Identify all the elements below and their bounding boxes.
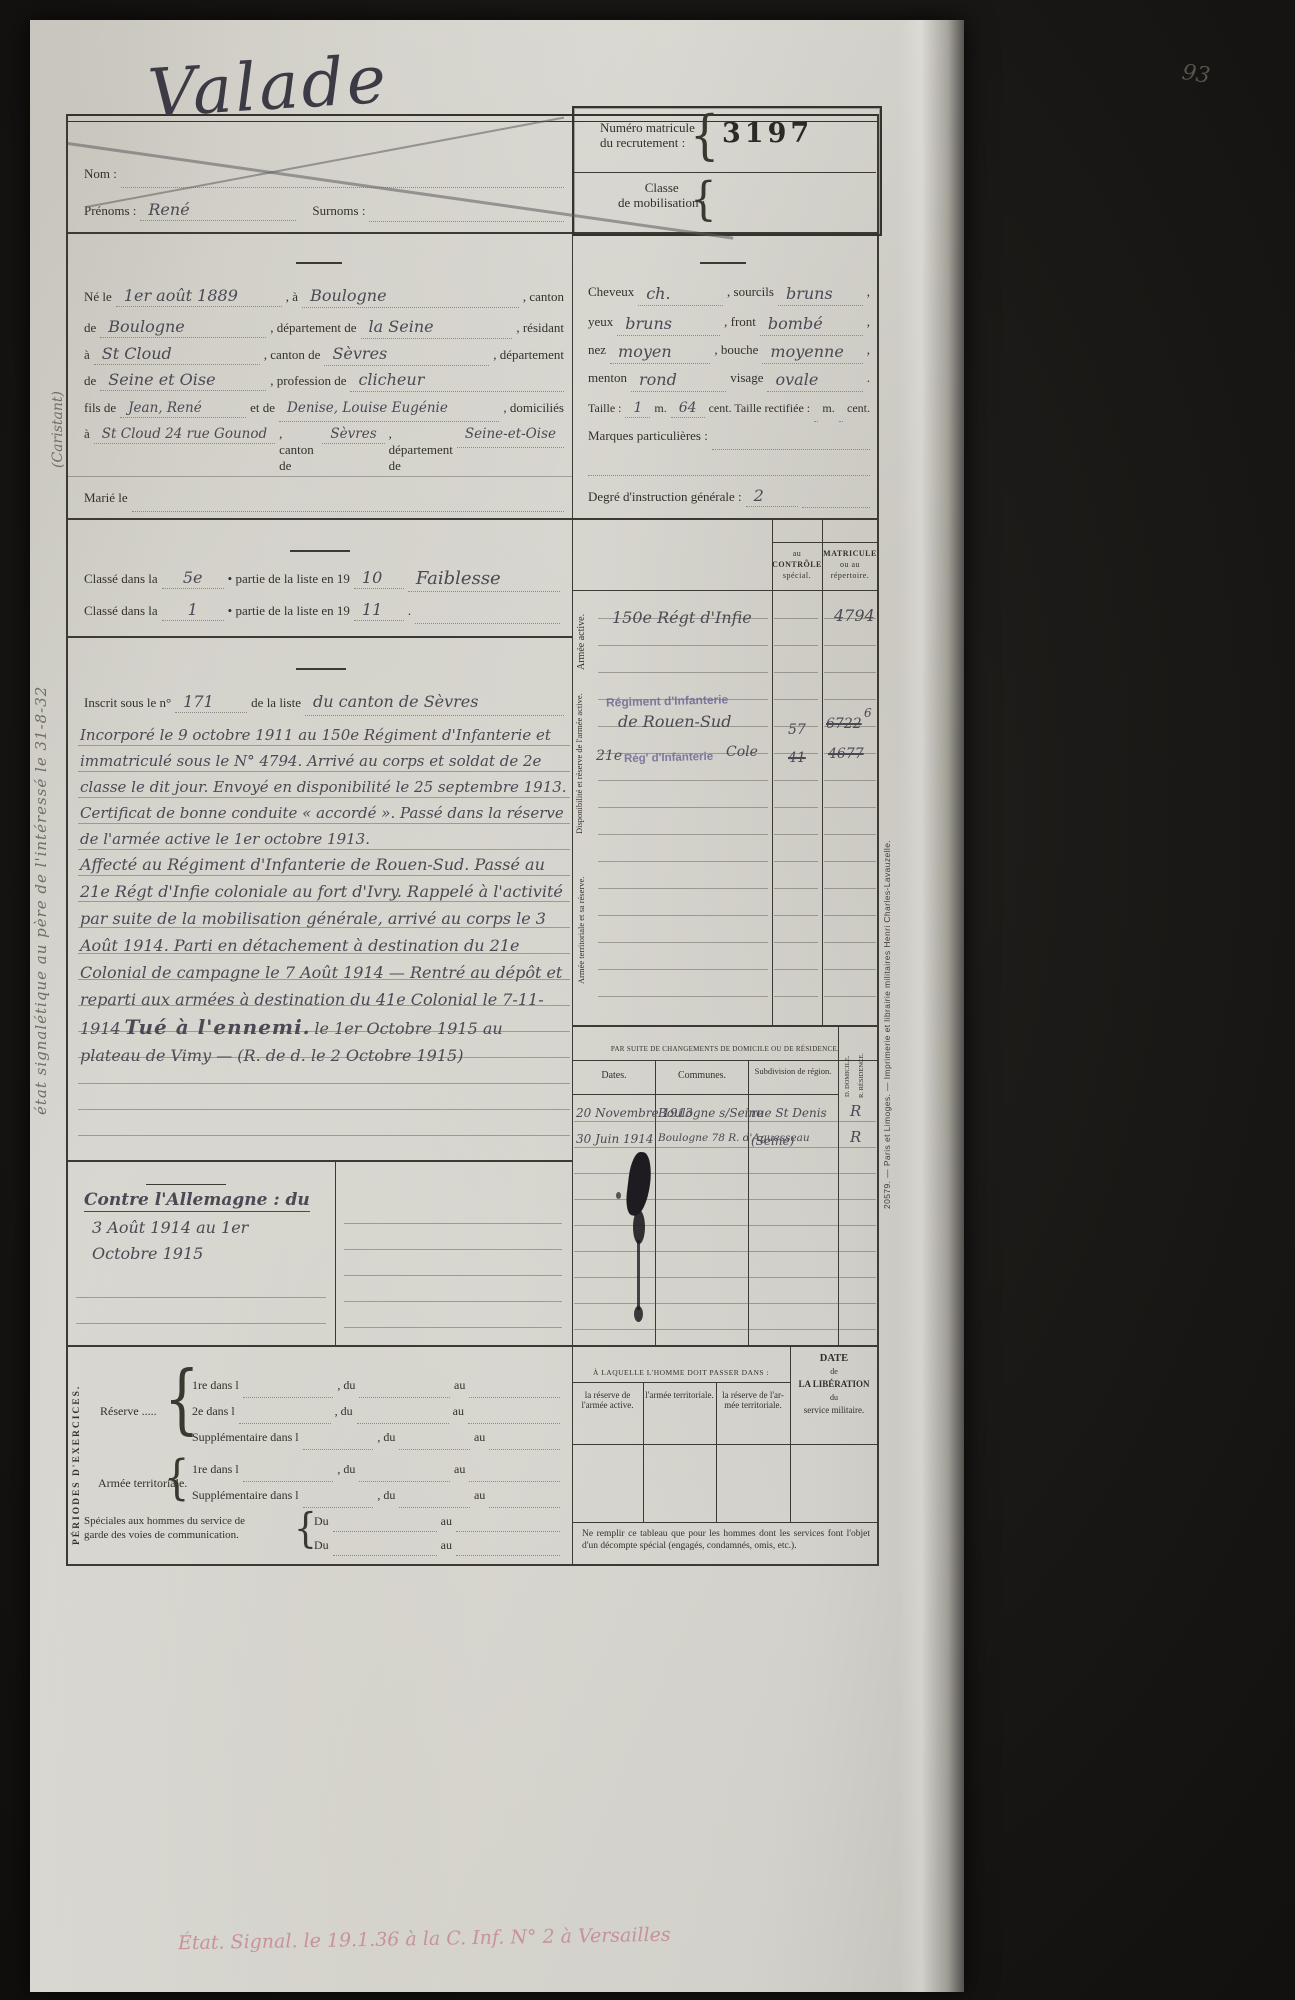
leader <box>456 1514 560 1532</box>
cheveux-label: Cheveux <box>588 284 634 300</box>
regiment-stamp-2: Rég' d'Infanterie <box>624 751 713 765</box>
services-paragraph-2-text: Affecté au Régiment d'Infanterie de Roue… <box>80 855 563 1038</box>
spec-au-label: au <box>441 1514 452 1529</box>
matricule-number: 3197 <box>722 118 813 149</box>
epoque-note-rule <box>572 1522 878 1523</box>
au-label: au <box>454 1462 465 1477</box>
campagnes-top-rule <box>66 1160 572 1162</box>
degre-value: 2 <box>746 486 798 507</box>
inscrit-numero: 171 <box>175 692 247 713</box>
corps-col-rule-1 <box>772 518 773 1025</box>
birth-place: Boulogne <box>302 286 519 308</box>
leader <box>456 1538 560 1556</box>
ink-drip <box>637 1240 640 1310</box>
front-label: , front <box>724 314 756 330</box>
col-communes: Communes. <box>657 1070 747 1081</box>
leader <box>399 1488 470 1508</box>
epoque-subtitle: À LAQUELLE L'HOMME DOIT PASSER DANS : <box>572 1368 790 1377</box>
classe1-partie: 5e <box>162 568 224 589</box>
surnoms-label: Surnoms : <box>312 203 365 219</box>
marques-leader-2 <box>588 458 870 476</box>
prenoms-value: René <box>140 200 296 221</box>
a2-label: à <box>84 347 90 363</box>
side-label-disponibilite: Disponibilité et réserve de l'armée acti… <box>574 688 600 840</box>
services-paragraph-1: Incorporé le 9 octobre 1911 au 150e Régi… <box>80 722 568 852</box>
au-label: au <box>454 1378 465 1393</box>
terr-1-label: 1re dans l <box>192 1462 239 1477</box>
corner-mark: 93 <box>1180 60 1212 89</box>
corps-row1-unit: 150e Régt d'Infie <box>612 608 752 627</box>
taille-m: 1 <box>625 400 650 418</box>
col-subdivision: Subdivision de région. <box>750 1066 836 1076</box>
du-label: , du <box>377 1430 395 1445</box>
form-bottom-rule <box>66 1564 879 1566</box>
inscrit-label: Inscrit sous le n° <box>84 695 171 711</box>
corps-col-rule-2 <box>822 518 823 1025</box>
ne-le-label: Né le <box>84 289 112 305</box>
leader <box>489 1488 560 1508</box>
decision-bottom-rule <box>66 636 572 638</box>
comma: , <box>867 284 870 300</box>
tr-leader1 <box>814 400 818 422</box>
spec-au-label: au <box>441 1538 452 1553</box>
epoque-col1-header: la réserve de l'armée active. <box>574 1390 641 1410</box>
epoque-note: Ne remplir ce tableau que pour les homme… <box>582 1528 870 1552</box>
yeux-label: yeux <box>588 314 613 330</box>
marques-label: Marques particulières : <box>588 428 708 444</box>
matricule-label: Numéro matricule du recrutement : <box>600 120 695 150</box>
classe2-liste-label: • partie de la liste en 19 <box>228 603 350 619</box>
loc-row2-subdiv: (Seine) <box>751 1134 794 1148</box>
reserve-suppl-label: Supplémentaire dans l <box>192 1430 299 1445</box>
taille-rectifiee-label: cent. Taille rectifiée : <box>709 401 811 416</box>
spec-du-label: Du <box>314 1514 329 1529</box>
decision-underline <box>290 550 350 552</box>
canton-label: , canton <box>523 289 564 305</box>
period2: . <box>408 603 411 619</box>
canton-value: Boulogne <box>100 317 266 338</box>
scanned-military-record: { "colors":{"paper":"#d8d6d0","printed_i… <box>0 0 1295 2000</box>
corps-ruling <box>598 592 768 1022</box>
front-value: bombé <box>760 314 863 336</box>
corps-row3-pre: 21e <box>596 748 622 764</box>
et-de-label: et de <box>250 400 275 416</box>
departement-label: , département de <box>270 320 356 336</box>
margin-note-2: (Caristant) <box>50 340 70 520</box>
du-label: , du <box>337 1378 355 1393</box>
reserve-label: Réserve ..... <box>100 1404 157 1419</box>
parents-canton: Sèvres <box>322 426 384 444</box>
parents-address: St Cloud 24 rue Gounod <box>94 426 275 444</box>
bouche-value: moyenne <box>762 342 862 364</box>
corps-header-rule <box>572 590 878 591</box>
visage-label: visage <box>730 370 763 386</box>
du-label: , du <box>337 1462 355 1477</box>
classe2-annee: 11 <box>354 600 404 621</box>
visage-value: ovale <box>767 370 862 392</box>
father-name: Jean, René <box>120 400 246 418</box>
fils-de-label: fils de <box>84 400 116 416</box>
leader <box>239 1404 331 1424</box>
au-label: au <box>474 1488 485 1503</box>
loc-row1-commune: Boulogne s/Seine <box>658 1106 763 1120</box>
m2-label: m. <box>822 401 834 416</box>
epoque-header-rule <box>572 1382 790 1383</box>
m-label: m. <box>654 401 666 416</box>
a3-label: à <box>84 426 90 442</box>
ink-blot-3 <box>634 1306 643 1322</box>
tr-leader2 <box>839 400 843 422</box>
profession-value: clicheur <box>350 370 564 392</box>
classe-brace <box>690 176 717 222</box>
services-paragraph-2: Affecté au Régiment d'Infanterie de Roue… <box>80 852 568 1070</box>
periodes-top-rule <box>66 1345 878 1347</box>
services-underline <box>296 668 346 670</box>
epoque-col2-header: l'armée territoriale. <box>645 1390 714 1400</box>
classe1-label: Classé dans la <box>84 571 158 587</box>
reserve-1-label: 1re dans l <box>192 1378 239 1393</box>
mother-name: Denise, Louise Eugénie <box>279 400 499 422</box>
matricule-ruling <box>824 592 876 1022</box>
menton-label: menton <box>588 370 627 386</box>
margin-note: état signalétique au père de l'intéressé… <box>32 520 54 1280</box>
blessures-ruling <box>344 1198 562 1338</box>
sourcils-label: , sourcils <box>727 284 774 300</box>
canton-de-label: , canton de <box>264 347 321 363</box>
de-label: de <box>84 320 96 336</box>
marie-leader <box>132 490 564 512</box>
col-dates: Dates. <box>574 1070 654 1081</box>
epoque-col-rule-2 <box>716 1382 717 1522</box>
controle-header: au CONTRÔLE spécial. <box>772 548 822 581</box>
localites-top-rule <box>572 1025 878 1027</box>
departement2-label: , département <box>493 347 564 363</box>
signalement-bottom-rule <box>572 518 878 520</box>
nez-label: nez <box>588 342 606 358</box>
leader <box>243 1462 334 1482</box>
spec-du-label: Du <box>314 1538 329 1553</box>
form-left-rule <box>66 114 68 1566</box>
degre-label: Degré d'instruction générale : <box>588 489 742 505</box>
leader <box>243 1378 334 1398</box>
loc-row2-dr: R <box>850 1128 861 1146</box>
residence-departement: Seine et Oise <box>100 370 266 391</box>
localites-subtitle: PAR SUITE DE CHANGEMENTS DE DOMICILE OU … <box>572 1045 878 1053</box>
corps-row3-controle: 41 <box>788 750 806 766</box>
leader <box>489 1430 560 1450</box>
du-label: , du <box>377 1488 395 1503</box>
nez-value: moyen <box>610 342 710 364</box>
form-right-rule <box>877 114 879 1566</box>
sourcils-value: bruns <box>778 284 863 306</box>
ink-blot-2 <box>633 1210 645 1244</box>
territoriale-brace <box>164 1454 189 1502</box>
reserve-brace <box>164 1362 200 1438</box>
matricule-header: MATRICULE ou au répertoire. <box>822 548 878 581</box>
corps-row2-controle: 57 <box>788 722 806 738</box>
leader <box>468 1404 560 1424</box>
page-edge-shadow <box>898 20 964 1992</box>
du-label: , du <box>335 1404 353 1419</box>
corps-row2-matricule: 6722 <box>826 716 862 732</box>
campagnes-divider <box>335 1160 336 1345</box>
side-label-armee-active: Armée active. <box>576 600 592 684</box>
name-signature: Valade <box>146 41 391 133</box>
column-divider <box>572 118 573 1564</box>
loc-row1-subdiv: rue St Denis <box>751 1106 827 1120</box>
taille-label: Taille : <box>588 401 621 416</box>
leader <box>303 1430 374 1450</box>
classe1-annee: 10 <box>354 568 404 589</box>
leader <box>359 1462 450 1482</box>
a-label: , à <box>286 289 298 305</box>
de2-label: de <box>84 373 96 389</box>
residence-value: St Cloud <box>94 344 260 365</box>
taille-cm: 64 <box>671 400 705 418</box>
signalement-underline <box>700 262 746 264</box>
campagnes-underline <box>146 1184 226 1185</box>
side-label-territoriale: Armée territoriale et sa réserve. <box>576 848 592 1012</box>
au-label: au <box>453 1404 464 1419</box>
comma2: , <box>867 314 870 330</box>
yeux-value: bruns <box>617 314 720 336</box>
corps-row3-post: Cole <box>726 744 758 760</box>
reserve-2-label: 2e dans l <box>192 1404 235 1419</box>
residant-label: , résidant <box>516 320 564 336</box>
corps-row1-matricule: 4794 <box>834 606 875 625</box>
leader <box>469 1378 560 1398</box>
epoque-col3-header: la réserve de l'ar-mée territoriale. <box>718 1390 788 1410</box>
birth-date: 1er août 1889 <box>116 286 282 307</box>
controle-ruling <box>774 592 818 1022</box>
domicilies-label: , domiciliés <box>503 400 564 416</box>
leader <box>333 1514 437 1532</box>
au-label: au <box>474 1430 485 1445</box>
profession-label: , profession de <box>270 373 346 389</box>
cheveux-value: ch. <box>638 284 723 306</box>
etat-civil-bottom-rule <box>66 518 572 520</box>
campagne-line-3: Octobre 1915 <box>92 1244 203 1263</box>
corps-row3-matricule: 4677 <box>828 746 864 762</box>
classe1-liste-label: • partie de la liste en 19 <box>228 571 350 587</box>
marques-leader <box>712 428 870 450</box>
liberation-date-header: DATE de LA LIBÉRATION du service militai… <box>792 1352 876 1417</box>
printer-imprint: 20579. — Paris et Limoges. — Imprimerie … <box>882 828 896 1220</box>
terr-suppl-label: Supplémentaire dans l <box>192 1488 299 1503</box>
bouche-label: , bouche <box>714 342 758 358</box>
campagne-line-2: 3 Août 1914 au 1er <box>92 1218 248 1237</box>
loc-colheader-rule <box>572 1094 838 1095</box>
leader <box>359 1378 450 1398</box>
leader <box>399 1430 470 1450</box>
epoque-body-rule <box>572 1444 878 1445</box>
liste-canton: du canton de Sèvres <box>305 692 564 716</box>
cent-label: cent. <box>847 401 870 416</box>
classe2-label: Classé dans la <box>84 603 158 619</box>
faint-rule <box>66 476 572 477</box>
ink-speck <box>616 1192 621 1199</box>
nom-leader <box>121 166 564 188</box>
corps-row2-unit: de Rouen-Sud <box>618 712 731 731</box>
departement-de-label: , département de <box>389 426 453 474</box>
leader <box>357 1404 449 1424</box>
residence-canton: Sèvres <box>324 344 489 366</box>
classe2-partie: 1 <box>162 600 224 621</box>
period: . <box>867 370 870 386</box>
numeros-underline <box>772 542 878 543</box>
marie-label: Marié le <box>84 490 128 506</box>
parents-departement: Seine-et-Oise <box>457 426 564 448</box>
comma3: , <box>867 342 870 358</box>
speciales-label: Spéciales aux hommes du service de garde… <box>84 1514 245 1542</box>
loc-row2-date: 30 Juin 1914 <box>576 1132 654 1146</box>
localites-header-rule <box>572 1060 878 1061</box>
degre-leader <box>802 486 870 508</box>
departement-value: la Seine <box>361 317 513 339</box>
canton-de2-label: , canton de <box>279 426 318 474</box>
campagne-line-1: Contre l'Allemagne : du <box>84 1190 310 1212</box>
etat-civil-underline <box>296 262 342 264</box>
liste-label: de la liste <box>251 695 301 711</box>
leader <box>333 1538 437 1556</box>
classe2-leader <box>415 600 560 624</box>
menton-value: rond <box>631 370 726 392</box>
leader <box>469 1462 560 1482</box>
campagnes-ruling <box>76 1272 326 1338</box>
classe1-motif: Faiblesse <box>408 568 560 592</box>
matricule-box-divider <box>574 172 876 173</box>
corps-row2-extra: 6 <box>864 706 872 720</box>
nom-label: Nom : <box>84 166 117 182</box>
loc-row1-dr: R <box>850 1102 861 1120</box>
killed-in-action-note: Tué à l'ennemi. <box>124 1015 310 1039</box>
epoque-col-rule-1 <box>643 1382 644 1522</box>
matricule-brace <box>690 109 719 162</box>
epoque-date-divider <box>790 1345 791 1522</box>
